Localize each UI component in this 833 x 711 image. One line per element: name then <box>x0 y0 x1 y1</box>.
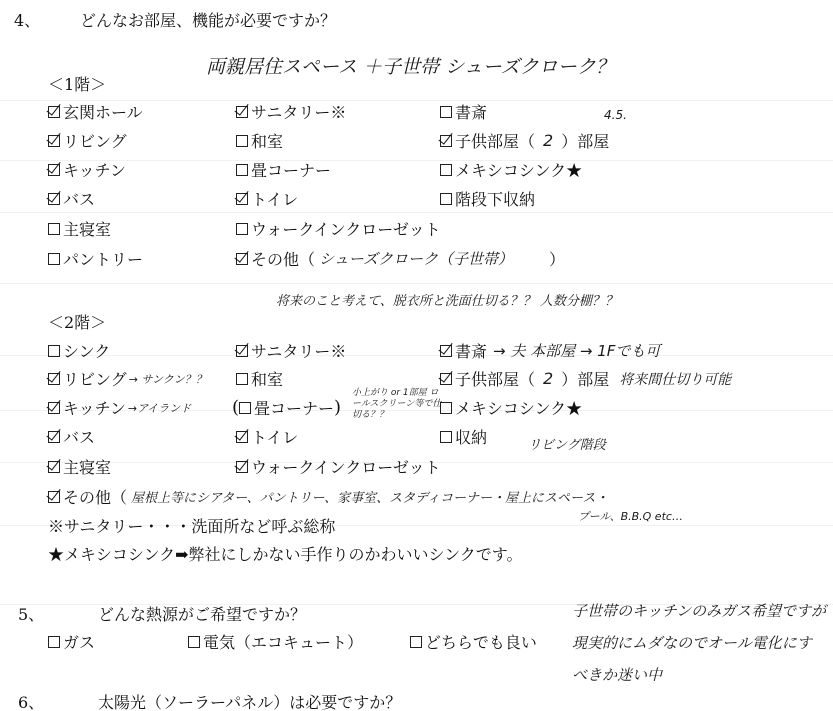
checkbox-empty-icon[interactable] <box>236 373 248 385</box>
q6-number: 6、 <box>18 690 44 711</box>
checkbox-empty-icon[interactable] <box>440 431 452 443</box>
footnote-sanitary: ※サニタリー・・・洗面所など呼ぶ総称 <box>48 514 335 537</box>
checkbox-empty-icon[interactable] <box>48 636 60 648</box>
f2-checkbox-walk-in-closet[interactable]: ウォークインクローゼット <box>236 455 441 478</box>
f2-checkbox-other[interactable]: その他（屋根上等にシアター、パントリー、家事室、スタディコーナー・屋上にスペース… <box>48 485 608 508</box>
f1-checkbox-kitchen[interactable]: キッチン <box>48 158 126 181</box>
q4-question: どんなお部屋、機能が必要ですか？ <box>80 8 336 31</box>
f1-checkbox-japanese-room[interactable]: 和室 <box>236 129 283 152</box>
checkbox-checked-icon[interactable] <box>236 193 248 205</box>
checkbox-empty-icon[interactable] <box>440 402 452 414</box>
q5-option-electric[interactable]: 電気（エコキュート） <box>188 630 363 653</box>
f1-checkbox-under-stairs-storage[interactable]: 階段下収納 <box>440 187 535 210</box>
footnote-mexico-sink: ★メキシコシンク➡弊社にしかない手作りのかわいいシンクです。 <box>48 542 523 565</box>
f1-checkbox-bath[interactable]: バス <box>48 187 95 210</box>
checkbox-checked-icon[interactable] <box>48 431 60 443</box>
f1-checkbox-toilet[interactable]: トイレ <box>236 187 298 210</box>
f2-checkbox-master-bedroom[interactable]: 主寝室 <box>48 455 111 478</box>
f1-kids-room-size-note: 4.5. <box>604 108 627 122</box>
checkbox-checked-icon[interactable] <box>48 402 60 414</box>
floor2-heading: ＜2階＞ <box>48 310 106 333</box>
floor1-heading: ＜1階＞ <box>48 72 106 95</box>
q5-question: どんな熱源がご希望ですか？ <box>98 602 306 625</box>
f2-checkbox-sanitary[interactable]: サニタリー※ <box>236 339 346 362</box>
f1-checkbox-entrance-hall[interactable]: 玄関ホール <box>48 100 143 123</box>
f2-top-note: 将来のこと考えて、脱衣所と洗面仕切る？？ 人数分棚？？ <box>276 290 618 309</box>
checkbox-empty-icon[interactable] <box>48 345 60 357</box>
f2-checkbox-kitchen[interactable]: キッチン→アイランド <box>48 396 191 419</box>
q5-number: 5、 <box>18 602 44 625</box>
checkbox-empty-icon[interactable] <box>236 135 248 147</box>
checkbox-empty-icon[interactable] <box>440 164 452 176</box>
f2-tatami-note: 小上がり or 1部屋 ロールスクリーン等で仕切る？？ <box>352 388 444 421</box>
f1-checkbox-master-bedroom[interactable]: 主寝室 <box>48 217 111 240</box>
f1-checkbox-sanitary[interactable]: サニタリー※ <box>236 100 346 123</box>
f2-checkbox-mexico-sink[interactable]: メキシコシンク★ <box>440 396 582 419</box>
checkbox-empty-icon[interactable] <box>48 223 60 235</box>
f1-other-handwritten: シューズクローク（子世帯） <box>319 248 513 269</box>
checkbox-empty-icon[interactable] <box>236 164 248 176</box>
checkbox-checked-icon[interactable] <box>236 345 248 357</box>
f1-checkbox-mexico-sink[interactable]: メキシコシンク★ <box>440 158 582 181</box>
f2-checkbox-sink[interactable]: シンク <box>48 339 110 362</box>
f2-checkbox-tatami-corner[interactable]: (畳コーナー) <box>232 396 341 419</box>
f2-checkbox-toilet[interactable]: トイレ <box>236 425 298 448</box>
checkbox-empty-icon[interactable] <box>440 106 452 118</box>
f2-checkbox-japanese-room[interactable]: 和室 <box>236 367 283 390</box>
f2-checkbox-study[interactable]: 書斎→ 夫 本部屋 → 1Fでも可 <box>440 339 660 362</box>
checkbox-checked-icon[interactable] <box>48 106 60 118</box>
f2-other-handwritten: 屋根上等にシアター、パントリー、家事室、スタディコーナー・屋上にスペース・ <box>131 487 608 506</box>
checkbox-checked-icon[interactable] <box>48 461 60 473</box>
checkbox-empty-icon[interactable] <box>48 253 60 265</box>
checkbox-checked-icon[interactable] <box>48 135 60 147</box>
f1-checkbox-study[interactable]: 書斎 <box>440 100 487 123</box>
f2-storage-note: リビング階段 <box>528 434 606 453</box>
checkbox-checked-icon[interactable] <box>440 345 452 357</box>
checkbox-empty-icon[interactable] <box>236 223 248 235</box>
f1-checkbox-tatami-corner[interactable]: 畳コーナー <box>236 158 331 181</box>
f2-checkbox-storage[interactable]: 収納 <box>440 425 487 448</box>
checkbox-checked-icon[interactable] <box>236 253 248 265</box>
checkbox-checked-icon[interactable] <box>48 491 60 503</box>
f1-checkbox-pantry[interactable]: パントリー <box>48 247 143 270</box>
checkbox-checked-icon[interactable] <box>440 373 452 385</box>
f1-checkbox-kids-room[interactable]: 子供部屋（2）部屋 <box>440 129 609 152</box>
f2-checkbox-kids-room[interactable]: 子供部屋（2）部屋将来間仕切り可能 <box>440 367 731 390</box>
f1-checkbox-living[interactable]: リビング <box>48 129 127 152</box>
q4-handwritten-note: 両親居住スペース ＋子世帯 シューズクローク？ <box>206 52 615 79</box>
f1-checkbox-other[interactable]: その他（シューズクローク（子世帯）） <box>236 247 565 270</box>
f2-checkbox-living[interactable]: リビング→ サンクン？？ <box>48 367 207 390</box>
checkbox-checked-icon[interactable] <box>236 106 248 118</box>
q5-option-either[interactable]: どちらでも良い <box>410 630 537 653</box>
f2-checkbox-bath[interactable]: バス <box>48 425 95 448</box>
q5-handwritten-note-1: 子世帯のキッチンのみガス希望ですが <box>572 600 826 621</box>
checkbox-empty-icon[interactable] <box>188 636 200 648</box>
checkbox-checked-icon[interactable] <box>236 461 248 473</box>
q6-question: 太陽光（ソーラーパネル）は必要ですか？ <box>98 690 401 711</box>
checkbox-checked-icon[interactable] <box>236 431 248 443</box>
q5-option-gas[interactable]: ガス <box>48 630 95 653</box>
checkbox-checked-icon[interactable] <box>48 373 60 385</box>
q5-handwritten-note-2: 現実的にムダなのでオール電化にす <box>572 632 812 653</box>
checkbox-checked-icon[interactable] <box>440 135 452 147</box>
checkbox-empty-icon[interactable] <box>410 636 422 648</box>
checkbox-checked-icon[interactable] <box>48 164 60 176</box>
q4-number: 4、 <box>14 8 40 31</box>
q5-handwritten-note-3: べきか迷い中 <box>572 664 662 685</box>
checkbox-empty-icon[interactable] <box>440 193 452 205</box>
f2-other-handwritten-2: プール、B.B.Q etc… <box>578 508 683 524</box>
checkbox-checked-icon[interactable] <box>48 193 60 205</box>
checkbox-empty-icon[interactable] <box>239 402 251 414</box>
f1-checkbox-walk-in-closet[interactable]: ウォークインクローゼット <box>236 217 441 240</box>
